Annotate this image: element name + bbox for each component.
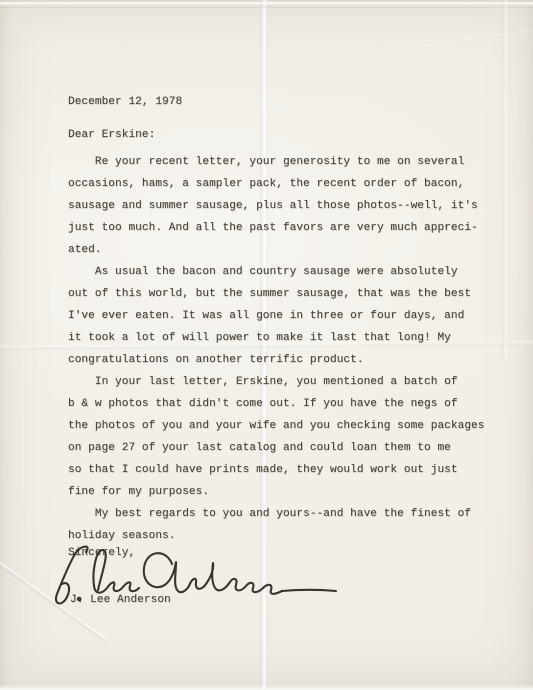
top-right-crease (394, 27, 533, 52)
body-line: it took a lot of will power to make it l… (68, 327, 484, 349)
body-line: I've ever eaten. It was all gone in thre… (68, 305, 484, 327)
letter-body: Re your recent letter, your generosity t… (68, 151, 484, 547)
body-line: In your last letter, Erskine, you mentio… (68, 371, 484, 393)
body-line: b & w photos that didn't come out. If yo… (68, 393, 484, 415)
body-line: Re your recent letter, your generosity t… (68, 151, 484, 173)
salutation: Dear Erskine: (68, 129, 155, 141)
right-edge-crease (502, 0, 507, 359)
body-line: so that I could have prints made, they w… (68, 459, 484, 481)
body-line: out of this world, but the summer sausag… (68, 283, 484, 305)
body-line: on page 27 of your last catalog and coul… (68, 437, 484, 459)
bottom-paper-edge (0, 684, 533, 690)
body-line: My best regards to you and yours--and ha… (68, 503, 484, 525)
top-edge-crease (0, 2, 533, 8)
body-line: As usual the bacon and country sausage w… (68, 261, 484, 283)
body-line: ated. (68, 239, 484, 261)
body-line: fine for my purposes. (68, 481, 484, 503)
body-line: occasions, hams, a sampler pack, the rec… (68, 173, 484, 195)
date-line: December 12, 1978 (68, 96, 182, 108)
handwritten-signature (40, 542, 345, 630)
body-line: sausage and summer sausage, plus all tho… (68, 195, 484, 217)
body-line: the photos of you and your wife and you … (68, 415, 484, 437)
letter-page: December 12, 1978 Dear Erskine: Re your … (0, 0, 533, 690)
body-line: just too much. And all the past favors a… (68, 217, 484, 239)
body-line: congratulations on another terrific prod… (68, 349, 484, 371)
